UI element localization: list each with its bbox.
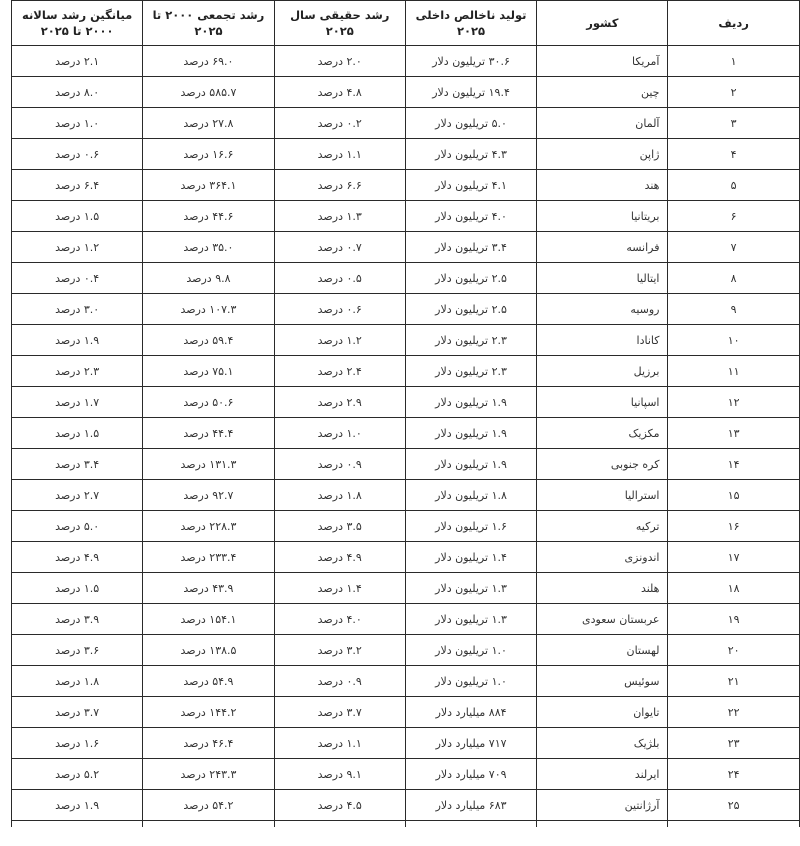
- cell-cumulative-growth: ۶۹.۰ درصد: [143, 46, 274, 77]
- cell-avg-annual-growth: ۳.۰ درصد: [12, 294, 143, 325]
- cell-gdp: ۱.۳ تریلیون دلار: [405, 604, 536, 635]
- cell-rank: ۳: [668, 108, 799, 139]
- cell-gdp: ۱.۹ تریلیون دلار: [405, 387, 536, 418]
- table-row: ۱۴کره جنوبی۱.۹ تریلیون دلار۰.۹ درصد۱۳۱.۳…: [12, 449, 800, 480]
- cell-rank: ۱۶: [668, 511, 799, 542]
- cell-gdp: ۱.۴ تریلیون دلار: [405, 542, 536, 573]
- cell-gdp: ۶۸۳ میلیارد دلار: [405, 790, 536, 821]
- cell-gdp: ۲.۵ تریلیون دلار: [405, 294, 536, 325]
- cell-country: عربستان سعودی: [537, 604, 668, 635]
- cell-real-growth: ۲.۰ درصد: [274, 46, 405, 77]
- cell-rank: ۲۵: [668, 790, 799, 821]
- cell-country: بریتانیا: [537, 201, 668, 232]
- table-row: ۲چین۱۹.۴ تریلیون دلار۴.۸ درصد۵۸۵.۷ درصد۸…: [12, 77, 800, 108]
- cell-country: سوئیس: [537, 666, 668, 697]
- cell-cumulative-growth: ۴۴.۴ درصد: [143, 418, 274, 449]
- cell-real-growth: ۹.۱ درصد: [274, 759, 405, 790]
- cell-avg-annual-growth: ۵.۲ درصد: [12, 759, 143, 790]
- cell-rank: ۹: [668, 294, 799, 325]
- cell-country: هند: [537, 170, 668, 201]
- cell-gdp: ۸۸۴ میلیارد دلار: [405, 697, 536, 728]
- cell-country: برزیل: [537, 356, 668, 387]
- cell-real-growth: ۱.۱ درصد: [274, 139, 405, 170]
- cell-cumulative-growth: ۲۲۸.۳ درصد: [143, 511, 274, 542]
- cell-gdp: ۳۰.۶ تریلیون دلار: [405, 46, 536, 77]
- cell-gdp: ۱.۳ تریلیون دلار: [405, 573, 536, 604]
- cell-country: کره جنوبی: [537, 449, 668, 480]
- cell-real-growth: ۰.۶ درصد: [274, 294, 405, 325]
- cell-avg-annual-growth: ۱.۹ درصد: [12, 325, 143, 356]
- table-row: ۳آلمان۵.۰ تریلیون دلار۰.۲ درصد۲۷.۸ درصد۱…: [12, 108, 800, 139]
- cell-real-growth: ۴.۹ درصد: [274, 542, 405, 573]
- header-rank: ردیف: [668, 1, 799, 46]
- cell-country: لهستان: [537, 635, 668, 666]
- cell-cumulative-growth: ۵۹.۴ درصد: [143, 325, 274, 356]
- cell-cumulative-growth: ۱۰۷.۳ درصد: [143, 294, 274, 325]
- cell-empty: [143, 821, 274, 828]
- table-row: ۱۱برزیل۲.۳ تریلیون دلار۲.۴ درصد۷۵.۱ درصد…: [12, 356, 800, 387]
- cell-real-growth: ۰.۵ درصد: [274, 263, 405, 294]
- cell-avg-annual-growth: ۱.۵ درصد: [12, 201, 143, 232]
- table-row: ۲۳بلژیک۷۱۷ میلیارد دلار۱.۱ درصد۴۶.۴ درصد…: [12, 728, 800, 759]
- table-row: ۲۵آرژانتین۶۸۳ میلیارد دلار۴.۵ درصد۵۴.۲ د…: [12, 790, 800, 821]
- cell-rank: ۲۱: [668, 666, 799, 697]
- cell-avg-annual-growth: ۶.۴ درصد: [12, 170, 143, 201]
- cell-empty: [537, 821, 668, 828]
- cell-gdp: ۷۱۷ میلیارد دلار: [405, 728, 536, 759]
- cell-gdp: ۱.۶ تریلیون دلار: [405, 511, 536, 542]
- cell-avg-annual-growth: ۳.۶ درصد: [12, 635, 143, 666]
- cell-real-growth: ۲.۹ درصد: [274, 387, 405, 418]
- cell-gdp: ۱.۰ تریلیون دلار: [405, 635, 536, 666]
- cell-cumulative-growth: ۱۳۸.۵ درصد: [143, 635, 274, 666]
- cell-avg-annual-growth: ۱.۸ درصد: [12, 666, 143, 697]
- cell-cumulative-growth: ۵۰.۶ درصد: [143, 387, 274, 418]
- cell-country: هلند: [537, 573, 668, 604]
- cell-avg-annual-growth: ۸.۰ درصد: [12, 77, 143, 108]
- cell-real-growth: ۱.۸ درصد: [274, 480, 405, 511]
- table-row: ۲۴ایرلند۷۰۹ میلیارد دلار۹.۱ درصد۲۴۳.۳ در…: [12, 759, 800, 790]
- cell-avg-annual-growth: ۳.۷ درصد: [12, 697, 143, 728]
- table-row: ۷فرانسه۳.۴ تریلیون دلار۰.۷ درصد۳۵.۰ درصد…: [12, 232, 800, 263]
- cell-empty: [274, 821, 405, 828]
- cell-gdp: ۲.۵ تریلیون دلار: [405, 263, 536, 294]
- cell-rank: ۱۲: [668, 387, 799, 418]
- cell-cumulative-growth: ۴۶.۴ درصد: [143, 728, 274, 759]
- cell-gdp: ۱.۹ تریلیون دلار: [405, 418, 536, 449]
- cell-avg-annual-growth: ۳.۹ درصد: [12, 604, 143, 635]
- cell-gdp: ۷۰۹ میلیارد دلار: [405, 759, 536, 790]
- cell-cumulative-growth: ۱۴۴.۲ درصد: [143, 697, 274, 728]
- cell-real-growth: ۴.۰ درصد: [274, 604, 405, 635]
- cell-country: آلمان: [537, 108, 668, 139]
- cell-rank: ۲۳: [668, 728, 799, 759]
- cell-empty: [12, 821, 143, 828]
- cell-cumulative-growth: ۴۳.۹ درصد: [143, 573, 274, 604]
- cell-rank: ۲۴: [668, 759, 799, 790]
- cell-country: روسیه: [537, 294, 668, 325]
- cell-country: آرژانتین: [537, 790, 668, 821]
- cell-country: ایرلند: [537, 759, 668, 790]
- table-row: ۲۲تایوان۸۸۴ میلیارد دلار۳.۷ درصد۱۴۴.۲ در…: [12, 697, 800, 728]
- cell-avg-annual-growth: ۴.۹ درصد: [12, 542, 143, 573]
- cell-avg-annual-growth: ۱.۶ درصد: [12, 728, 143, 759]
- cell-rank: ۷: [668, 232, 799, 263]
- cell-empty: [668, 821, 799, 828]
- header-avg-annual-growth: میانگین رشد سالانه ۲۰۰۰ تا ۲۰۲۵: [12, 1, 143, 46]
- cell-rank: ۱۰: [668, 325, 799, 356]
- cell-rank: ۵: [668, 170, 799, 201]
- cell-country: اندونزی: [537, 542, 668, 573]
- cell-avg-annual-growth: ۱.۷ درصد: [12, 387, 143, 418]
- gdp-table-container: ردیف کشور تولید ناخالص داخلی ۲۰۲۵ رشد حق…: [11, 0, 799, 827]
- cell-cumulative-growth: ۱۵۴.۱ درصد: [143, 604, 274, 635]
- cell-rank: ۱۸: [668, 573, 799, 604]
- cell-gdp: ۴.۰ تریلیون دلار: [405, 201, 536, 232]
- table-row: ۹روسیه۲.۵ تریلیون دلار۰.۶ درصد۱۰۷.۳ درصد…: [12, 294, 800, 325]
- cell-rank: ۲: [668, 77, 799, 108]
- cell-gdp: ۴.۱ تریلیون دلار: [405, 170, 536, 201]
- cell-real-growth: ۳.۲ درصد: [274, 635, 405, 666]
- cell-country: ایتالیا: [537, 263, 668, 294]
- cell-real-growth: ۴.۵ درصد: [274, 790, 405, 821]
- table-row: ۲۰لهستان۱.۰ تریلیون دلار۳.۲ درصد۱۳۸.۵ در…: [12, 635, 800, 666]
- cell-avg-annual-growth: ۲.۱ درصد: [12, 46, 143, 77]
- cell-rank: ۲۲: [668, 697, 799, 728]
- cell-avg-annual-growth: ۰.۶ درصد: [12, 139, 143, 170]
- cell-country: آمریکا: [537, 46, 668, 77]
- cell-cumulative-growth: ۵۸۵.۷ درصد: [143, 77, 274, 108]
- table-row: ۱۰کانادا۲.۳ تریلیون دلار۱.۲ درصد۵۹.۴ درص…: [12, 325, 800, 356]
- cell-real-growth: ۰.۹ درصد: [274, 449, 405, 480]
- cell-cumulative-growth: ۲۴۳.۳ درصد: [143, 759, 274, 790]
- cell-real-growth: ۳.۵ درصد: [274, 511, 405, 542]
- cell-cumulative-growth: ۹.۸ درصد: [143, 263, 274, 294]
- cell-cumulative-growth: ۱۳۱.۳ درصد: [143, 449, 274, 480]
- cell-real-growth: ۰.۲ درصد: [274, 108, 405, 139]
- cell-country: کانادا: [537, 325, 668, 356]
- cell-cumulative-growth: ۵۴.۲ درصد: [143, 790, 274, 821]
- cell-real-growth: ۱.۳ درصد: [274, 201, 405, 232]
- cell-rank: ۱۷: [668, 542, 799, 573]
- cell-real-growth: ۱.۱ درصد: [274, 728, 405, 759]
- cell-country: چین: [537, 77, 668, 108]
- table-row-partial: [12, 821, 800, 828]
- cell-cumulative-growth: ۵۴.۹ درصد: [143, 666, 274, 697]
- cell-real-growth: ۱.۲ درصد: [274, 325, 405, 356]
- cell-gdp: ۱.۸ تریلیون دلار: [405, 480, 536, 511]
- cell-gdp: ۲.۳ تریلیون دلار: [405, 356, 536, 387]
- cell-rank: ۱۴: [668, 449, 799, 480]
- cell-real-growth: ۰.۹ درصد: [274, 666, 405, 697]
- table-row: ۸ایتالیا۲.۵ تریلیون دلار۰.۵ درصد۹.۸ درصد…: [12, 263, 800, 294]
- cell-empty: [405, 821, 536, 828]
- cell-cumulative-growth: ۳۵.۰ درصد: [143, 232, 274, 263]
- header-gdp: تولید ناخالص داخلی ۲۰۲۵: [405, 1, 536, 46]
- cell-cumulative-growth: ۷۵.۱ درصد: [143, 356, 274, 387]
- cell-avg-annual-growth: ۱.۰ درصد: [12, 108, 143, 139]
- cell-real-growth: ۳.۷ درصد: [274, 697, 405, 728]
- cell-cumulative-growth: ۲۷.۸ درصد: [143, 108, 274, 139]
- cell-real-growth: ۲.۴ درصد: [274, 356, 405, 387]
- table-row: ۲۱سوئیس۱.۰ تریلیون دلار۰.۹ درصد۵۴.۹ درصد…: [12, 666, 800, 697]
- cell-cumulative-growth: ۹۲.۷ درصد: [143, 480, 274, 511]
- cell-avg-annual-growth: ۱.۵ درصد: [12, 573, 143, 604]
- table-row: ۱آمریکا۳۰.۶ تریلیون دلار۲.۰ درصد۶۹.۰ درص…: [12, 46, 800, 77]
- gdp-table: ردیف کشور تولید ناخالص داخلی ۲۰۲۵ رشد حق…: [11, 0, 800, 827]
- cell-avg-annual-growth: ۳.۴ درصد: [12, 449, 143, 480]
- cell-gdp: ۱۹.۴ تریلیون دلار: [405, 77, 536, 108]
- table-row: ۴ژاپن۴.۳ تریلیون دلار۱.۱ درصد۱۶.۶ درصد۰.…: [12, 139, 800, 170]
- table-row: ۶بریتانیا۴.۰ تریلیون دلار۱.۳ درصد۴۴.۶ در…: [12, 201, 800, 232]
- cell-gdp: ۱.۰ تریلیون دلار: [405, 666, 536, 697]
- cell-country: ترکیه: [537, 511, 668, 542]
- cell-avg-annual-growth: ۲.۳ درصد: [12, 356, 143, 387]
- cell-rank: ۱: [668, 46, 799, 77]
- table-row: ۱۶ترکیه۱.۶ تریلیون دلار۳.۵ درصد۲۲۸.۳ درص…: [12, 511, 800, 542]
- cell-real-growth: ۶.۶ درصد: [274, 170, 405, 201]
- cell-country: فرانسه: [537, 232, 668, 263]
- table-row: ۱۹عربستان سعودی۱.۳ تریلیون دلار۴.۰ درصد۱…: [12, 604, 800, 635]
- cell-gdp: ۵.۰ تریلیون دلار: [405, 108, 536, 139]
- cell-rank: ۴: [668, 139, 799, 170]
- cell-country: اسپانیا: [537, 387, 668, 418]
- table-row: ۵هند۴.۱ تریلیون دلار۶.۶ درصد۳۶۴.۱ درصد۶.…: [12, 170, 800, 201]
- cell-rank: ۱۳: [668, 418, 799, 449]
- cell-avg-annual-growth: ۱.۵ درصد: [12, 418, 143, 449]
- cell-gdp: ۳.۴ تریلیون دلار: [405, 232, 536, 263]
- cell-real-growth: ۴.۸ درصد: [274, 77, 405, 108]
- cell-rank: ۸: [668, 263, 799, 294]
- table-header-row: ردیف کشور تولید ناخالص داخلی ۲۰۲۵ رشد حق…: [12, 1, 800, 46]
- cell-cumulative-growth: ۴۴.۶ درصد: [143, 201, 274, 232]
- cell-real-growth: ۰.۷ درصد: [274, 232, 405, 263]
- cell-country: مکزیک: [537, 418, 668, 449]
- table-row: ۱۷اندونزی۱.۴ تریلیون دلار۴.۹ درصد۲۳۳.۴ د…: [12, 542, 800, 573]
- table-row: ۱۵استرالیا۱.۸ تریلیون دلار۱.۸ درصد۹۲.۷ د…: [12, 480, 800, 511]
- cell-avg-annual-growth: ۲.۷ درصد: [12, 480, 143, 511]
- cell-avg-annual-growth: ۱.۲ درصد: [12, 232, 143, 263]
- cell-country: تایوان: [537, 697, 668, 728]
- cell-country: ژاپن: [537, 139, 668, 170]
- cell-country: بلژیک: [537, 728, 668, 759]
- cell-gdp: ۱.۹ تریلیون دلار: [405, 449, 536, 480]
- header-country: کشور: [537, 1, 668, 46]
- cell-avg-annual-growth: ۵.۰ درصد: [12, 511, 143, 542]
- cell-avg-annual-growth: ۰.۴ درصد: [12, 263, 143, 294]
- cell-cumulative-growth: ۲۳۳.۴ درصد: [143, 542, 274, 573]
- cell-real-growth: ۱.۴ درصد: [274, 573, 405, 604]
- cell-cumulative-growth: ۱۶.۶ درصد: [143, 139, 274, 170]
- cell-real-growth: ۱.۰ درصد: [274, 418, 405, 449]
- cell-rank: ۱۵: [668, 480, 799, 511]
- cell-rank: ۲۰: [668, 635, 799, 666]
- table-row: ۱۲اسپانیا۱.۹ تریلیون دلار۲.۹ درصد۵۰.۶ در…: [12, 387, 800, 418]
- cell-country: استرالیا: [537, 480, 668, 511]
- cell-gdp: ۲.۳ تریلیون دلار: [405, 325, 536, 356]
- table-row: ۱۸هلند۱.۳ تریلیون دلار۱.۴ درصد۴۳.۹ درصد۱…: [12, 573, 800, 604]
- cell-gdp: ۴.۳ تریلیون دلار: [405, 139, 536, 170]
- cell-rank: ۶: [668, 201, 799, 232]
- header-real-growth: رشد حقیقی سال ۲۰۲۵: [274, 1, 405, 46]
- cell-cumulative-growth: ۳۶۴.۱ درصد: [143, 170, 274, 201]
- header-cumulative-growth: رشد تجمعی ۲۰۰۰ تا ۲۰۲۵: [143, 1, 274, 46]
- cell-avg-annual-growth: ۱.۹ درصد: [12, 790, 143, 821]
- cell-rank: ۱۱: [668, 356, 799, 387]
- table-row: ۱۳مکزیک۱.۹ تریلیون دلار۱.۰ درصد۴۴.۴ درصد…: [12, 418, 800, 449]
- cell-rank: ۱۹: [668, 604, 799, 635]
